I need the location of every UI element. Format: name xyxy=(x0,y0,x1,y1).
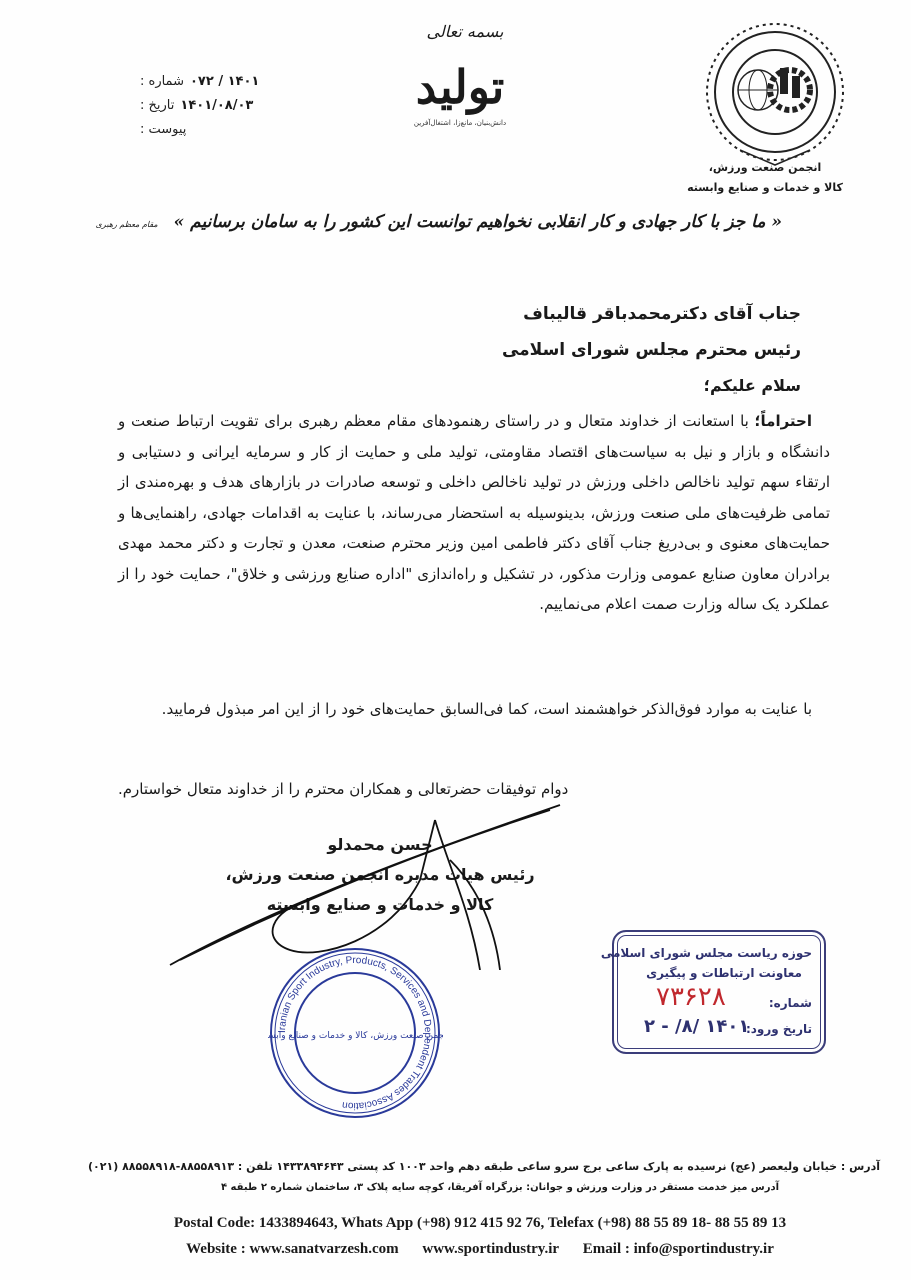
parliament-registration-stamp: حوزه ریاست مجلس شورای اسلامی معاونت ارتب… xyxy=(612,930,826,1054)
stamp-number-label: شماره: xyxy=(769,996,812,1010)
footer-address-main: آدرس : خیابان ولیعصر (عج) نرسیده به پارک… xyxy=(100,1160,880,1173)
letter-number-value: ۱۴۰۱ / ۰۷۲ xyxy=(190,70,259,94)
basmala: بسمه تعالی xyxy=(420,22,510,41)
paragraph-lead: احتراماً؛ xyxy=(755,412,812,430)
organization-name-line2: کالا و خدمات و صنایع وابسته xyxy=(660,178,870,198)
letter-number-label: شماره : xyxy=(140,70,184,94)
letter-date-label: تاریخ : xyxy=(140,94,174,118)
organization-emblem-icon xyxy=(680,20,870,170)
association-seal-icon: Iranian Sport Industry, Products, Servic… xyxy=(268,946,443,1121)
paragraph-1-text: با استعانت از خداوند متعال و در راستای ر… xyxy=(118,412,830,613)
addressee-title: رئیس محترم مجلس شورای اسلامی xyxy=(301,332,801,368)
footer-website-1[interactable]: Website : www.sanatvarzesh.com xyxy=(186,1241,398,1257)
signer-name: حسن محمدلو xyxy=(190,830,570,860)
footer-web-line: Website : www.sanatvarzesh.com www.sport… xyxy=(130,1236,830,1262)
leader-quote-text: « ما جز با کار جهادی و کار انقلابی نخواه… xyxy=(174,212,782,232)
addressee-name: جناب آقای دکترمحمدباقر قالیباف xyxy=(301,296,801,332)
leader-quote: « ما جز با کار جهادی و کار انقلابی نخواه… xyxy=(222,212,782,232)
footer-address-service-desk: آدرس میز خدمت مستقر در وزارت ورزش و جوان… xyxy=(200,1182,800,1193)
stamp-number-value: ۷۳۶۲۸ xyxy=(656,982,726,1012)
stamp-date-label: تاریخ ورود: xyxy=(746,1022,812,1036)
letter-attachment-label: پیوست : xyxy=(140,118,186,142)
letter-page: شماره : ۱۴۰۱ / ۰۷۲ تاریخ : ۱۴۰۱/۰۸/۰۳ پی… xyxy=(0,0,911,1280)
footer-website-2[interactable]: www.sportindustry.ir xyxy=(422,1241,559,1257)
stamp-date-value: ۱۴۰۱ /۸/ - ۲ xyxy=(644,1016,749,1037)
letter-body-paragraph-1: احتراماً؛ با استعانت از خداوند متعال و د… xyxy=(118,406,830,620)
organization-name-line1: انجمن صنعت ورزش، xyxy=(660,158,870,178)
seal-center-text: انجمن صنعت ورزش، کالا و خدمات و صنایع وا… xyxy=(268,1031,443,1041)
letter-closing: دوام توفیقات حضرتعالی و همکاران محترم را… xyxy=(118,780,830,798)
signer-title-line1: رئیس هیات مدیره انجمن صنعت ورزش، xyxy=(190,860,570,890)
stamp-line2: معاونت ارتباطات و پیگیری xyxy=(646,966,802,980)
stamp-line1: حوزه ریاست مجلس شورای اسلامی xyxy=(601,946,812,960)
letter-body-paragraph-2: با عنایت به موارد فوق‌الذکر خواهشمند است… xyxy=(118,693,830,725)
footer-contact-en: Postal Code: 1433894643, Whats App (+98)… xyxy=(130,1210,830,1262)
letter-attachment-row: پیوست : xyxy=(140,118,300,142)
leader-quote-attribution: مقام معظم رهبری xyxy=(96,220,158,229)
organization-name: انجمن صنعت ورزش، کالا و خدمات و صنایع وا… xyxy=(660,158,870,198)
addressee-block: جناب آقای دکترمحمدباقر قالیباف رئیس محتر… xyxy=(301,296,801,368)
letter-date-row: تاریخ : ۱۴۰۱/۰۸/۰۳ xyxy=(140,94,300,118)
letter-number-row: شماره : ۱۴۰۱ / ۰۷۲ xyxy=(140,70,300,94)
motto-logo-subtitle: دانش‌بنیان، مانع‌زا، اشتغال‌آفرین xyxy=(395,119,525,127)
motto-logo-title: تولید xyxy=(395,55,525,119)
paragraph-2-text: با عنایت به موارد فوق‌الذکر خواهشمند است… xyxy=(118,693,830,725)
footer-email[interactable]: Email : info@sportindustry.ir xyxy=(583,1241,774,1257)
signature-block: حسن محمدلو رئیس هیات مدیره انجمن صنعت ور… xyxy=(190,830,570,920)
letter-meta: شماره : ۱۴۰۱ / ۰۷۲ تاریخ : ۱۴۰۱/۰۸/۰۳ پی… xyxy=(140,70,300,142)
motto-logo: تولید دانش‌بنیان، مانع‌زا، اشتغال‌آفرین xyxy=(395,55,525,165)
letter-date-value: ۱۴۰۱/۰۸/۰۳ xyxy=(180,94,253,118)
footer-contact-line: Postal Code: 1433894643, Whats App (+98)… xyxy=(130,1210,830,1236)
signer-title-line2: کالا و خدمات و صنایع وابسته xyxy=(190,890,570,920)
greeting: سلام علیکم؛ xyxy=(501,376,801,395)
